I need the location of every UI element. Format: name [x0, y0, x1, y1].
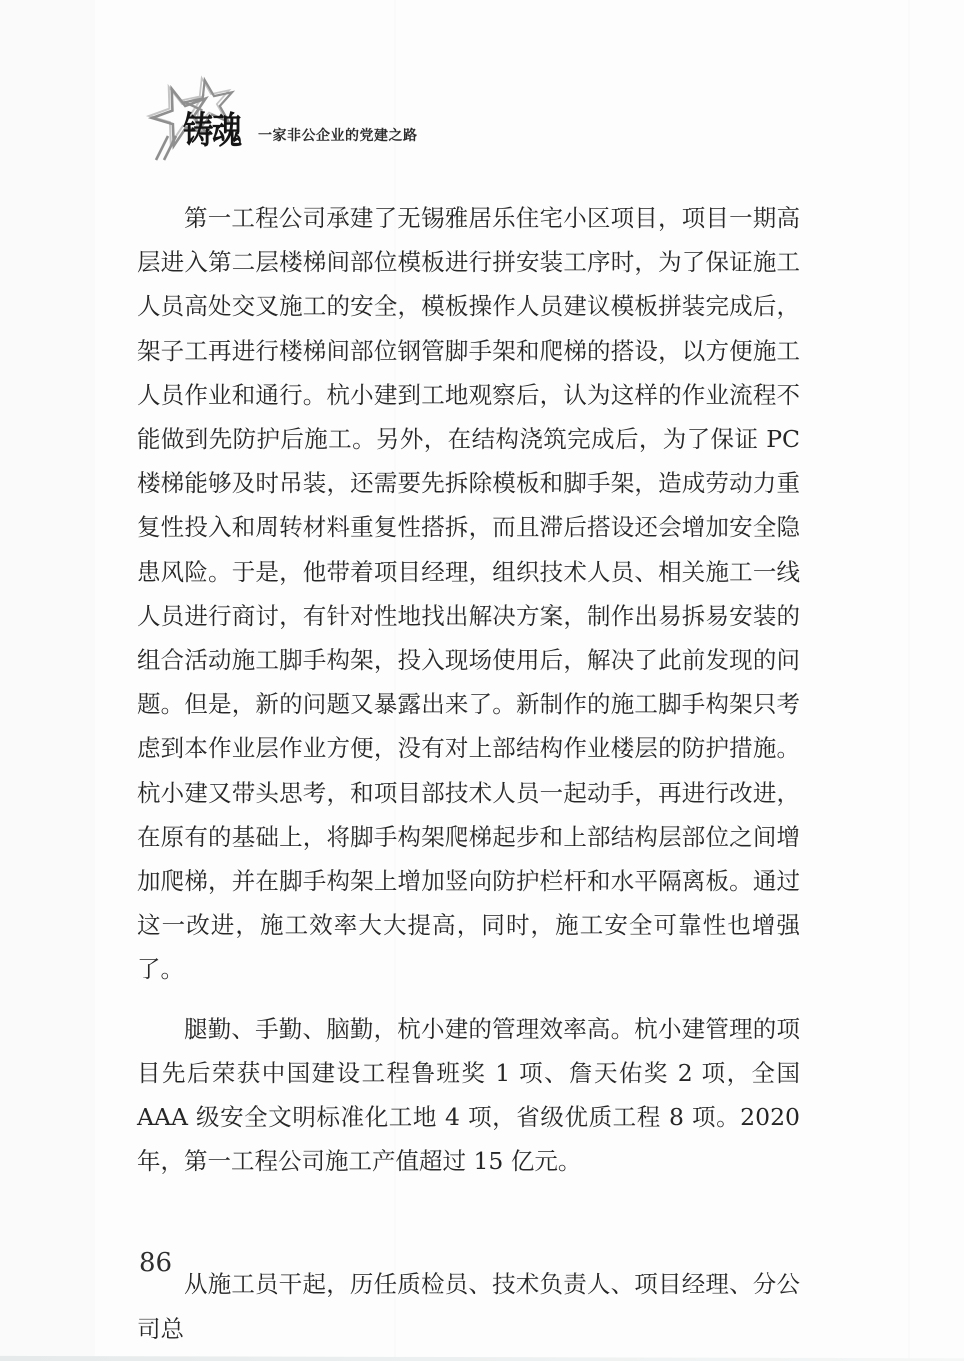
book-page: 铸魂 一家非公企业的党建之路 第一工程公司承建了无锡雅居乐住宅小区项目，项目一期…: [0, 0, 964, 1361]
paragraph-2: 腿勤、手勤、脑勤，杭小建的管理效率高。杭小建管理的项目先后荣获中国建设工程鲁班奖…: [137, 1007, 800, 1184]
page-number: 86: [139, 1248, 172, 1278]
page-body: 第一工程公司承建了无锡雅居乐住宅小区项目，项目一期高层进入第二层楼梯间部位模板进…: [137, 196, 800, 1351]
paragraph-1: 第一工程公司承建了无锡雅居乐住宅小区项目，项目一期高层进入第二层楼梯间部位模板进…: [137, 196, 800, 992]
logo-title: 铸魂: [183, 100, 240, 154]
scan-edge-artifact: [0, 1355, 964, 1361]
paragraph-3: 从施工员干起，历任质检员、技术负责人、项目经理、分公司总: [137, 1262, 800, 1350]
book-logo: 铸魂 一家非公企业的党建之路: [146, 64, 626, 164]
logo-subtitle: 一家非公企业的党建之路: [258, 125, 418, 145]
